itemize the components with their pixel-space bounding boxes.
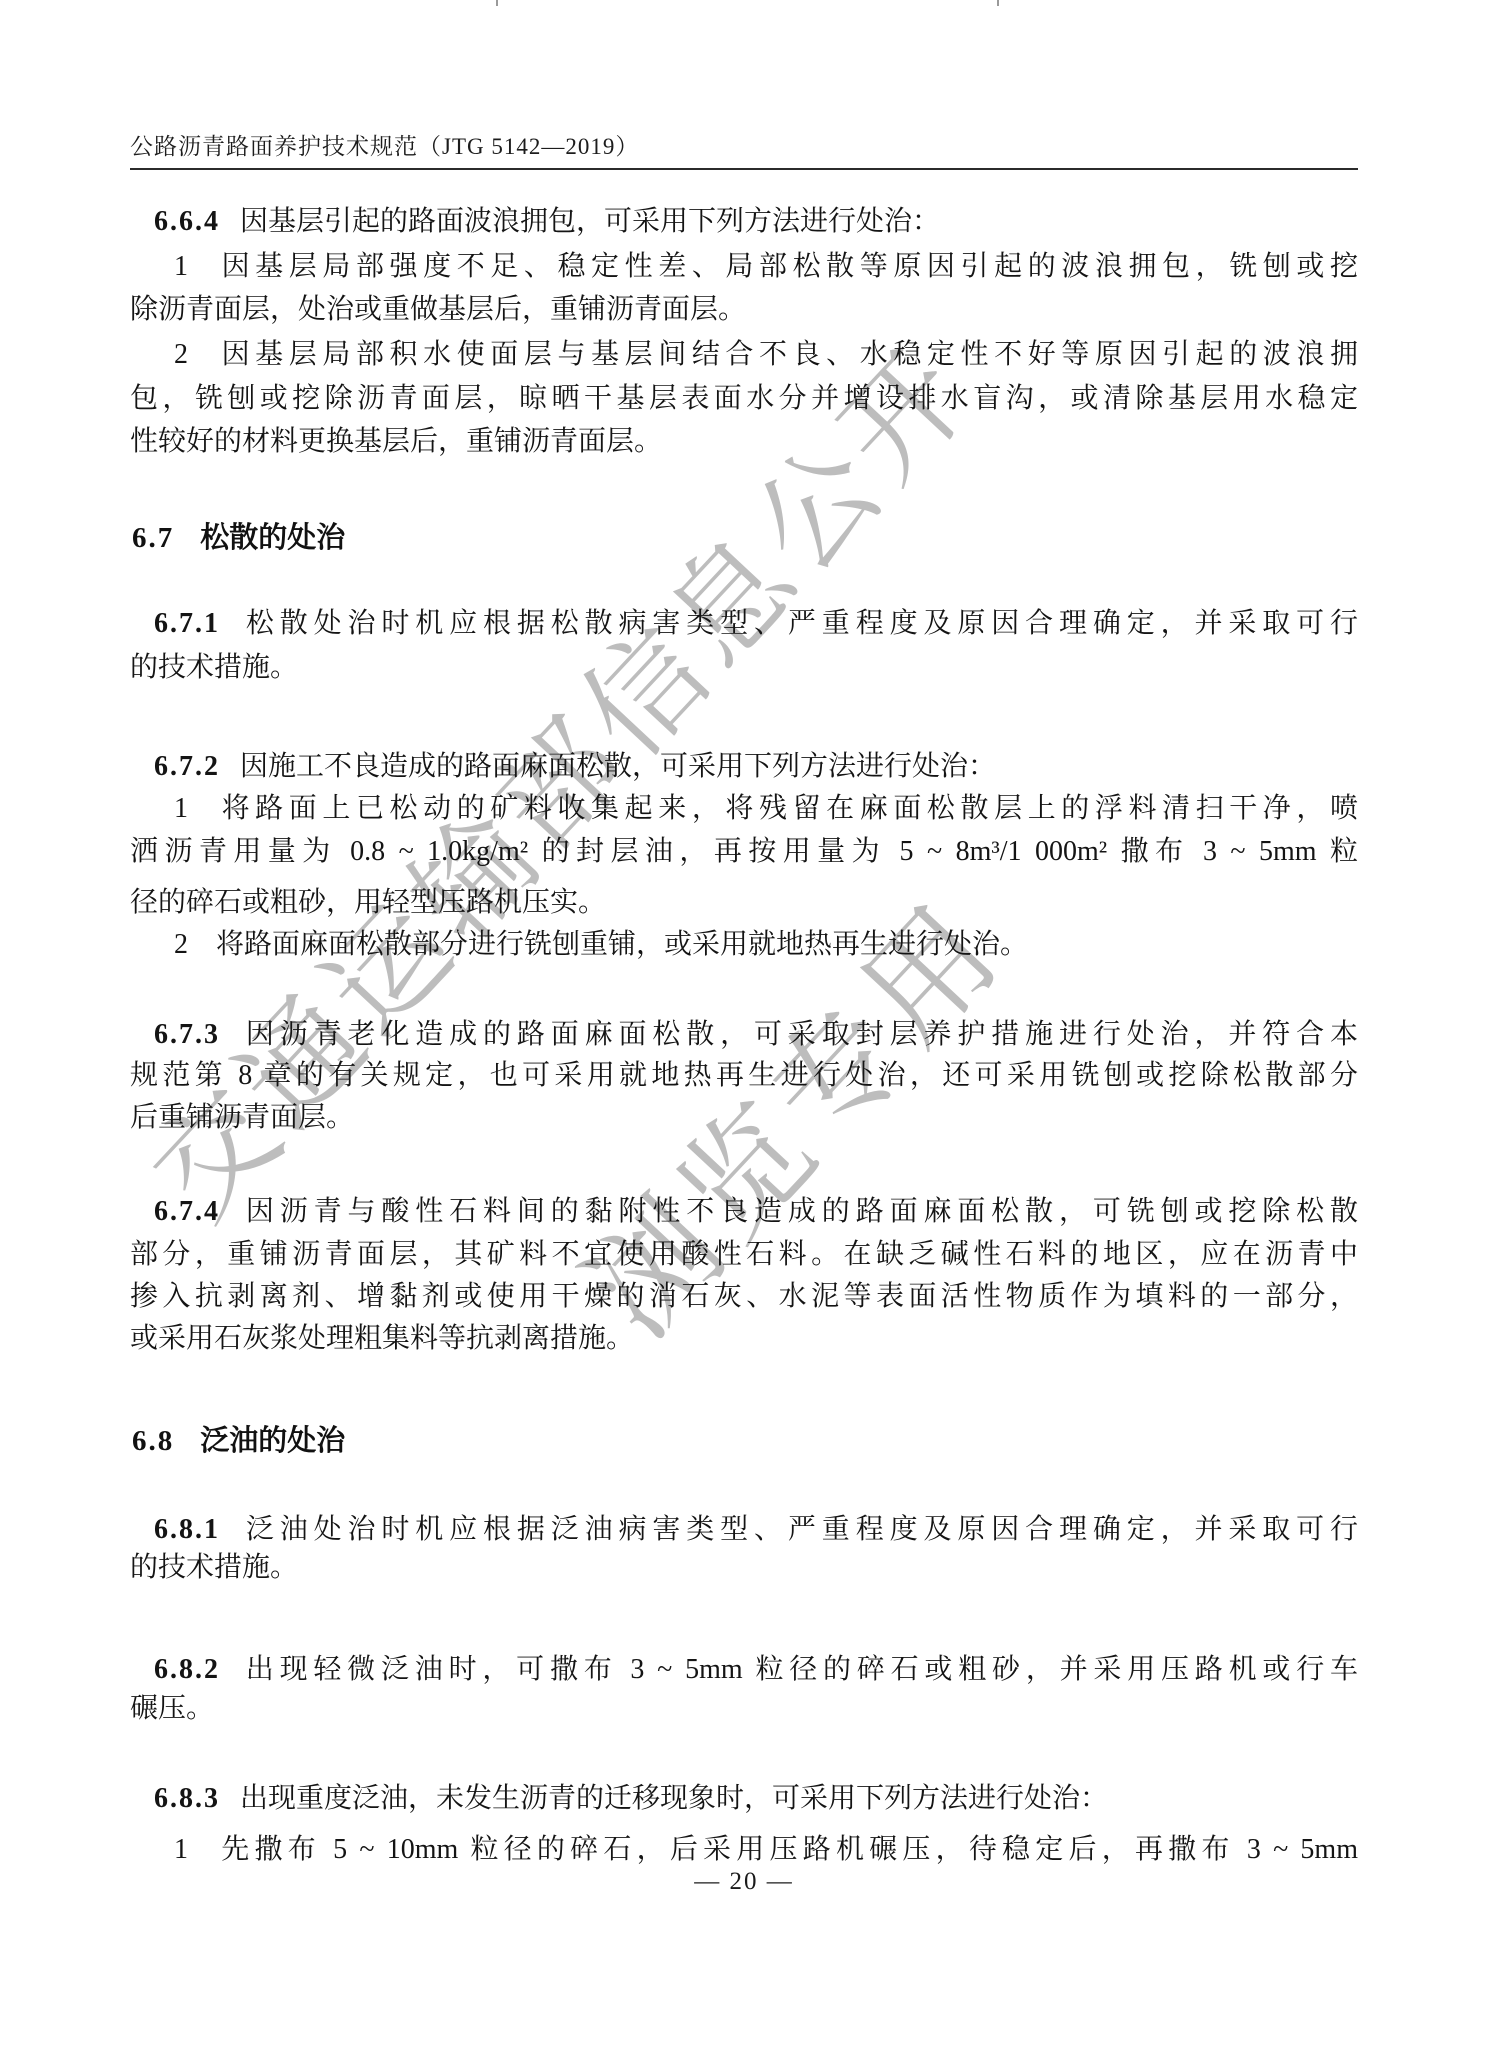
- item-number: 2: [174, 929, 188, 960]
- section-67-heading: 6.7松散的处治: [132, 518, 1358, 560]
- clause-664-item2-line2: 包，铣刨或挖除沥青面层，晾晒干基层表面水分并增设排水盲沟，或清除基层用水稳定: [130, 380, 1358, 420]
- running-header-title: 公路沥青路面养护技术规范（JTG 5142—2019）: [130, 128, 1358, 161]
- clause-683-heading-line: 6.8.3出现重度泛油，未发生沥青的迁移现象时，可采用下列方法进行处治：: [130, 1780, 1358, 1820]
- item-text: 先撒布 5 ~ 10mm 粒径的碎石，后采用压路机碾压，待稳定后，再撒布 3 ~…: [216, 1834, 1358, 1865]
- item-text: 因基层局部积水使面层与基层间结合不良、水稳定性不好等原因引起的波浪拥: [216, 339, 1358, 370]
- clause-674-line2: 部分，重铺沥青面层，其矿料不宜使用酸性石料。在缺乏碱性石料的地区，应在沥青中: [130, 1236, 1358, 1276]
- section-title: 泛油的处治: [200, 1425, 345, 1457]
- page-number: — 20 —: [0, 1868, 1488, 1896]
- top-registration-tick-right: [997, 0, 999, 6]
- clause-text: 因基层引起的路面波浪拥包，可采用下列方法进行处治：: [240, 206, 940, 237]
- item-number: 1: [174, 251, 188, 282]
- clause-681-line2: 的技术措施。: [130, 1549, 1358, 1589]
- clause-673-line2: 规范第 8 章的有关规定，也可采用就地热再生进行处治，还可采用铣刨或挖除松散部分: [130, 1057, 1358, 1097]
- clause-number: 6.8.3: [154, 1783, 220, 1814]
- clause-673-line3: 后重铺沥青面层。: [130, 1099, 1358, 1139]
- clause-number: 6.6.4: [154, 206, 220, 237]
- section-number: 6.7: [132, 522, 174, 554]
- clause-672-item1-line3: 径的碎石或粗砂，用轻型压路机压实。: [130, 884, 1358, 924]
- clause-number: 6.7.4: [154, 1196, 220, 1227]
- clause-text: 泛油处治时机应根据泛油病害类型、严重程度及原因合理确定，并采取可行: [240, 1514, 1358, 1545]
- clause-682-line1: 6.8.2出现轻微泛油时，可撒布 3 ~ 5mm 粒径的碎石或粗砂，并采用压路机…: [130, 1651, 1358, 1691]
- clause-number: 6.7.3: [154, 1019, 220, 1050]
- clause-664-item1-line1: 1因基层局部强度不足、稳定性差、局部松散等原因引起的波浪拥包，铣刨或挖: [130, 248, 1358, 288]
- clause-672-heading-line: 6.7.2因施工不良造成的路面麻面松散，可采用下列方法进行处治：: [130, 748, 1358, 788]
- clause-text: 因施工不良造成的路面麻面松散，可采用下列方法进行处治：: [240, 751, 996, 782]
- item-text: 将路面上已松动的矿料收集起来，将残留在麻面松散层上的浮料清扫干净，喷: [216, 793, 1358, 824]
- item-number: 1: [174, 793, 188, 824]
- clause-number: 6.7.1: [154, 608, 220, 639]
- clause-text: 出现重度泛油，未发生沥青的迁移现象时，可采用下列方法进行处治：: [240, 1783, 1108, 1814]
- clause-672-item1-line2: 洒沥青用量为 0.8 ~ 1.0kg/m² 的封层油，再按用量为 5 ~ 8m³…: [130, 833, 1358, 873]
- clause-674-line3: 掺入抗剥离剂、增黏剂或使用干燥的消石灰、水泥等表面活性物质作为填料的一部分，: [130, 1278, 1358, 1318]
- document-page: 交通运输部信息公开 浏览专用 公路沥青路面养护技术规范（JTG 5142—201…: [0, 0, 1488, 2054]
- clause-text: 因沥青老化造成的路面麻面松散，可采取封层养护措施进行处治，并符合本: [240, 1019, 1358, 1050]
- clause-664-item2-line3: 性较好的材料更换基层后，重铺沥青面层。: [130, 423, 1358, 463]
- clause-674-line4: 或采用石灰浆处理粗集料等抗剥离措施。: [130, 1320, 1358, 1360]
- item-text: 因基层局部强度不足、稳定性差、局部松散等原因引起的波浪拥包，铣刨或挖: [216, 251, 1358, 282]
- clause-number: 6.8.1: [154, 1514, 220, 1545]
- clause-672-item2-line1: 2将路面麻面松散部分进行铣刨重铺，或采用就地热再生进行处治。: [130, 926, 1358, 966]
- clause-681-line1: 6.8.1泛油处治时机应根据泛油病害类型、严重程度及原因合理确定，并采取可行: [130, 1511, 1358, 1551]
- clause-682-line2: 碾压。: [130, 1690, 1358, 1730]
- item-text: 将路面麻面松散部分进行铣刨重铺，或采用就地热再生进行处治。: [216, 929, 1028, 960]
- clause-673-line1: 6.7.3因沥青老化造成的路面麻面松散，可采取封层养护措施进行处治，并符合本: [130, 1016, 1358, 1056]
- item-number: 1: [174, 1834, 188, 1865]
- clause-683-item1-line1: 1先撒布 5 ~ 10mm 粒径的碎石，后采用压路机碾压，待稳定后，再撒布 3 …: [130, 1831, 1358, 1871]
- clause-671-line1: 6.7.1松散处治时机应根据松散病害类型、严重程度及原因合理确定，并采取可行: [130, 605, 1358, 645]
- header-rule: [130, 168, 1358, 170]
- clause-number: 6.7.2: [154, 751, 220, 782]
- clause-671-line2: 的技术措施。: [130, 649, 1358, 689]
- clause-664-heading-line: 6.6.4因基层引起的路面波浪拥包，可采用下列方法进行处治：: [130, 203, 1358, 243]
- clause-674-line1: 6.7.4因沥青与酸性石料间的黏附性不良造成的路面麻面松散，可铣刨或挖除松散: [130, 1193, 1358, 1233]
- item-number: 2: [174, 339, 188, 370]
- section-title: 松散的处治: [200, 522, 345, 554]
- clause-text: 出现轻微泛油时，可撒布 3 ~ 5mm 粒径的碎石或粗砂，并采用压路机或行车: [240, 1654, 1358, 1685]
- clause-664-item2-line1: 2因基层局部积水使面层与基层间结合不良、水稳定性不好等原因引起的波浪拥: [130, 336, 1358, 376]
- clause-664-item1-line2: 除沥青面层，处治或重做基层后，重铺沥青面层。: [130, 291, 1358, 331]
- top-registration-tick-left: [496, 0, 498, 6]
- clause-672-item1-line1: 1将路面上已松动的矿料收集起来，将残留在麻面松散层上的浮料清扫干净，喷: [130, 790, 1358, 830]
- clause-text: 因沥青与酸性石料间的黏附性不良造成的路面麻面松散，可铣刨或挖除松散: [240, 1196, 1358, 1227]
- clause-number: 6.8.2: [154, 1654, 220, 1685]
- section-number: 6.8: [132, 1425, 174, 1457]
- clause-text: 松散处治时机应根据松散病害类型、严重程度及原因合理确定，并采取可行: [240, 608, 1358, 639]
- section-68-heading: 6.8泛油的处治: [132, 1421, 1358, 1463]
